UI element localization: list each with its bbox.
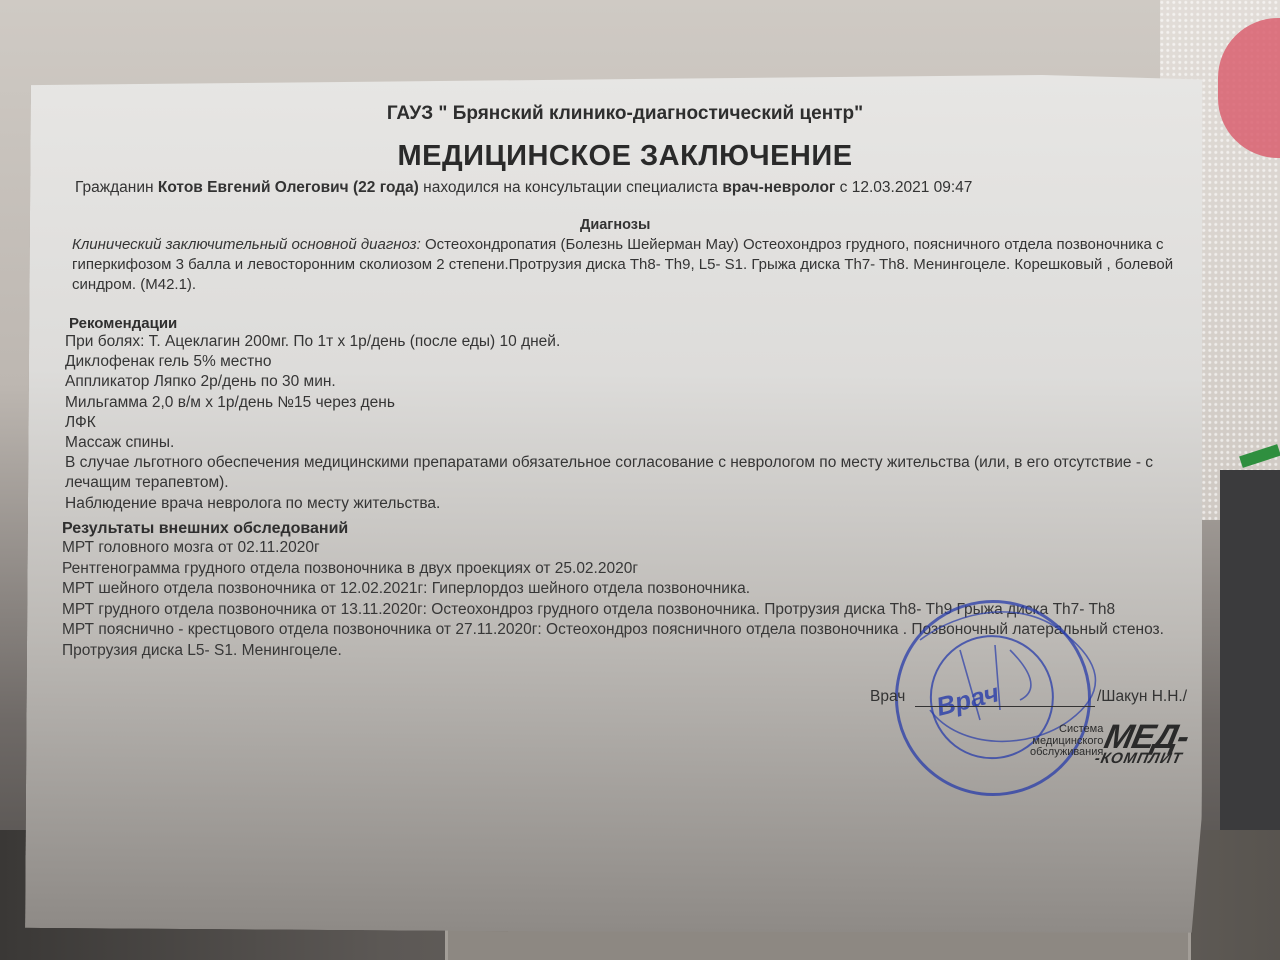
logo-caption-line: Система — [1030, 724, 1103, 736]
result-item: Рентгенограмма грудного отдела позвоночн… — [62, 559, 1202, 580]
patient-name: Котов Евгений Олегович (22 года) — [158, 179, 419, 196]
recommendations-list: При болях: Т. Ацеклагин 200мг. По 1т х 1… — [65, 332, 1215, 514]
recommendation-item: Массаж спины. — [65, 433, 1215, 453]
consultation-date: с 12.03.2021 09:47 — [835, 179, 972, 196]
logo-caption: Система медицинского обслуживания — [1030, 724, 1103, 759]
recommendation-item: Наблюдение врача невролога по месту жите… — [65, 494, 1215, 514]
organization-name: ГАУЗ " Брянский клинико-диагностический … — [0, 103, 1250, 125]
signature-label: Врач — [870, 688, 905, 706]
external-results-heading: Результаты внешних обследований — [62, 520, 348, 538]
signature-line — [915, 706, 1095, 707]
intro-prefix: Гражданин — [75, 179, 158, 196]
recommendation-item: В случае льготного обеспечения медицинск… — [65, 453, 1215, 493]
recommendation-item: Диклофенак гель 5% местно — [65, 352, 1215, 372]
recommendation-item: Аппликатор Ляпко 2р/день по 30 мин. — [65, 372, 1215, 392]
result-item: МРТ шейного отдела позвоночника от 12.02… — [62, 579, 1202, 600]
recommendation-item: При болях: Т. Ацеклагин 200мг. По 1т х 1… — [65, 332, 1215, 352]
diagnosis-text: Клинический заключительный основной диаг… — [72, 235, 1182, 295]
document-title: МЕДИЦИНСКОЕ ЗАКЛЮЧЕНИЕ — [0, 140, 1250, 173]
recommendation-item: ЛФК — [65, 413, 1215, 433]
doctor-name: /Шакун Н.Н./ — [1097, 688, 1187, 706]
recommendation-item: Мильгамма 2,0 в/м х 1р/день №15 через де… — [65, 393, 1215, 413]
diagnosis-label: Клинический заключительный основной диаг… — [72, 236, 421, 253]
result-item: МРТ головного мозга от 02.11.2020г — [62, 538, 1202, 559]
recommendations-heading: Рекомендации — [69, 315, 177, 332]
intro-middle: находился на консультации специалиста — [419, 179, 723, 196]
brand-logo-sub: -КОМПЛИТ — [1093, 750, 1184, 767]
logo-caption-line: обслуживания — [1030, 747, 1103, 759]
medical-conclusion-document: ГАУЗ " Брянский клинико-диагностический … — [0, 0, 1280, 960]
patient-intro-line: Гражданин Котов Евгений Олегович (22 год… — [75, 179, 972, 197]
diagnoses-heading: Диагнозы — [580, 217, 650, 233]
specialist-name: врач-невролог — [722, 179, 835, 196]
